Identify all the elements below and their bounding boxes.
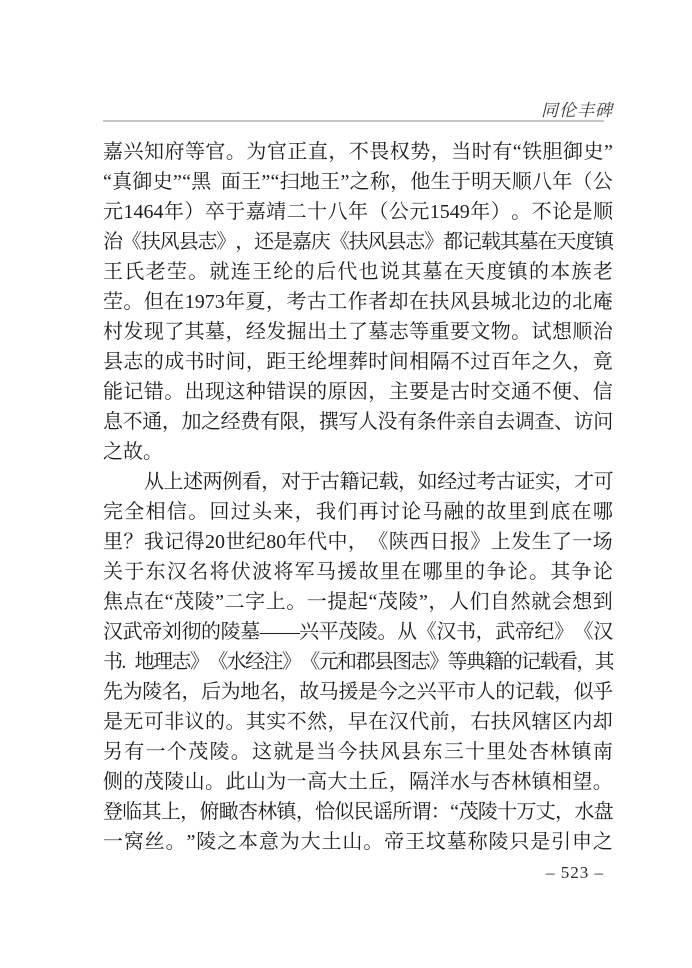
- text-line: 书.地理志》《水经注》《元和郡县图志》等典籍的记载看，其: [103, 647, 613, 677]
- text-line: 治《扶风县志》，还是嘉庆《扶风县志》都记载其墓在天度镇: [103, 227, 613, 257]
- text-line: 从上述两例看，对于古籍记载，如经过考古证实，才可: [103, 467, 613, 497]
- header-rule: [103, 120, 604, 122]
- text-line: 先为陵名，后为地名，故马援是今之兴平市人的记载，似乎: [103, 677, 613, 707]
- text-line: 关于东汉名将伏波将军马援故里在哪里的争论。其争论: [103, 557, 613, 587]
- text-line: “真御史”“黑面王”“扫地王”之称，他生于明天顺八年（公: [103, 167, 613, 197]
- text-line: 汉武帝刘彻的陵墓——兴平茂陵。从《汉书，武帝纪》《汉: [103, 617, 613, 647]
- text-line: 元1464年）卒于嘉靖二十八年（公元1549年）。不论是顺: [103, 197, 613, 227]
- text-line: 登临其上，俯瞰杏林镇，恰似民谣所谓：“茂陵十万丈，水盘: [103, 797, 613, 827]
- text-line: 侧的茂陵山。此山为一高大土丘，隔洋水与杏林镇相望。: [103, 767, 613, 797]
- text-line: 息不通，加之经费有限，撰写人没有条件亲自去调查、访问: [103, 407, 613, 437]
- paragraph: 从上述两例看，对于古籍记载，如经过考古证实，才可完全相信。回过头来，我们再讨论马…: [103, 467, 613, 857]
- text-line: 之故。: [103, 437, 613, 467]
- running-head-title: 同伦丰碑: [541, 96, 613, 121]
- text-line: 王氏老茔。就连王纶的后代也说其墓在天度镇的本族老: [103, 257, 613, 287]
- text-line: 能记错。出现这种错误的原因，主要是古时交通不便、信: [103, 377, 613, 407]
- text-line: 县志的成书时间，距王纶埋葬时间相隔不过百年之久，竟: [103, 347, 613, 377]
- body-text: 嘉兴知府等官。为官正直，不畏权势，当时有“铁胆御史”“真御史”“黑面王”“扫地王…: [103, 137, 613, 857]
- text-line: 焦点在“茂陵”二字上。一提起“茂陵”，人们自然就会想到: [103, 587, 613, 617]
- paragraph: 嘉兴知府等官。为官正直，不畏权势，当时有“铁胆御史”“真御史”“黑面王”“扫地王…: [103, 137, 613, 467]
- text-line: 村发现了其墓，经发掘出土了墓志等重要文物。试想顺治: [103, 317, 613, 347]
- text-line: 一窝丝。”陵之本意为大土山。帝王坟墓称陵只是引申之: [103, 827, 613, 857]
- text-line: 是无可非议的。其实不然，早在汉代前，右扶风辖区内却: [103, 707, 613, 737]
- text-line: 完全相信。回过头来，我们再讨论马融的故里到底在哪: [103, 497, 613, 527]
- text-line: 里？我记得20世纪80年代中，《陕西日报》上发生了一场: [103, 527, 613, 557]
- page-number: – 523 –: [546, 863, 604, 883]
- text-line: 另有一个茂陵。这就是当今扶风县东三十里处杏林镇南: [103, 737, 613, 767]
- book-page: 同伦丰碑 嘉兴知府等官。为官正直，不畏权势，当时有“铁胆御史”“真御史”“黑面王…: [0, 0, 692, 968]
- text-line: 嘉兴知府等官。为官正直，不畏权势，当时有“铁胆御史”: [103, 137, 613, 167]
- text-line: 茔。但在1973年夏，考古工作者却在扶风县城北边的北庵: [103, 287, 613, 317]
